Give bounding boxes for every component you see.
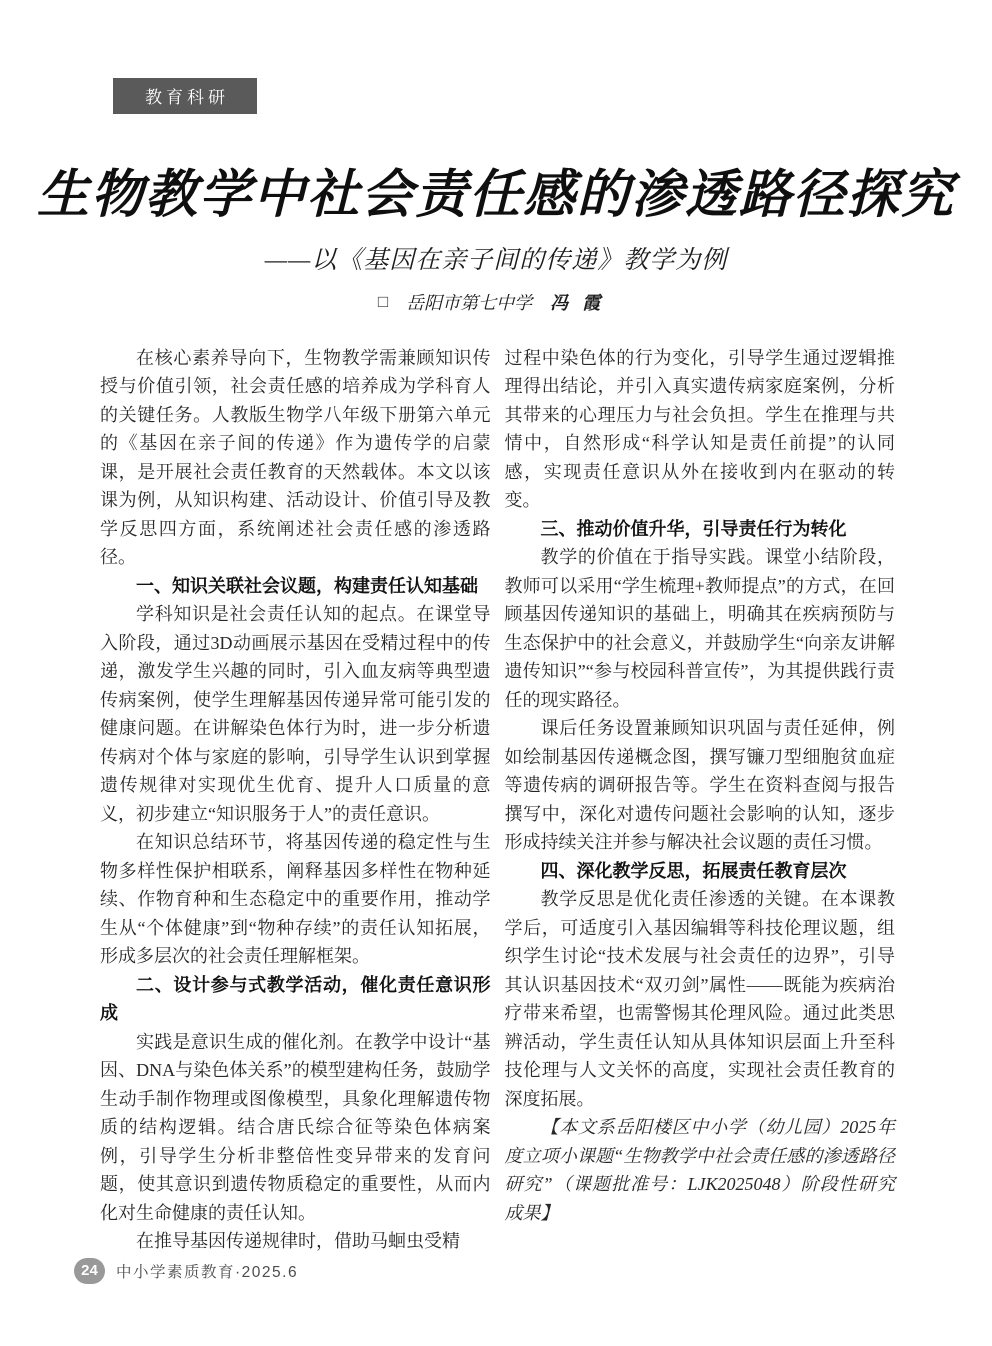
article-subtitle: ——以《基因在亲子间的传递》教学为例 <box>0 240 992 276</box>
journal-page: 教育科研 生物教学中社会责任感的渗透路径探究 ——以《基因在亲子间的传递》教学为… <box>0 0 992 1346</box>
author-affiliation: 岳阳市第七中学 <box>406 289 532 315</box>
byline: □ 岳阳市第七中学 冯霞 <box>0 289 992 315</box>
section-heading: 四、深化教学反思，拓展责任教育层次 <box>505 857 896 886</box>
body-paragraph: 实践是意识生成的催化剂。在教学中设计“基因、DNA与染色体关系”的模型建构任务，… <box>100 1028 491 1228</box>
byline-square-marker: □ <box>378 292 388 312</box>
body-paragraph: 教学反思是优化责任渗透的关键。在本课教学后，可适度引入基因编辑等科技伦理议题，组… <box>505 885 896 1113</box>
section-heading: 一、知识关联社会议题，构建责任认知基础 <box>100 572 491 601</box>
right-column: 过程中染色体的行为变化，引导学生通过逻辑推理得出结论，并引入真实遗传病家庭案例，… <box>505 344 896 1256</box>
body-paragraph: 课后任务设置兼顾知识巩固与责任延伸，例如绘制基因传递概念图，撰写镰刀型细胞贫血症… <box>505 714 896 857</box>
journal-name: 中小学素质教育·2025.6 <box>116 1260 298 1282</box>
article-body: 在核心素养导向下，生物教学需兼顾知识传授与价值引领，社会责任感的培养成为学科育人… <box>0 344 992 1256</box>
article-title: 生物教学中社会责任感的渗透路径探究 <box>0 0 992 230</box>
body-paragraph: 过程中染色体的行为变化，引导学生通过逻辑推理得出结论，并引入真实遗传病家庭案例，… <box>505 344 896 515</box>
body-paragraph: 在推导基因传递规律时，借助马蛔虫受精 <box>100 1227 491 1256</box>
body-paragraph: 在核心素养导向下，生物教学需兼顾知识传授与价值引领，社会责任感的培养成为学科育人… <box>100 344 491 572</box>
body-paragraph: 教学的价值在于指导实践。课堂小结阶段，教师可以采用“学生梳理+教师提点”的方式，… <box>505 543 896 714</box>
page-footer: 24 中小学素质教育·2025.6 <box>74 1258 298 1284</box>
body-paragraph: 学科知识是社会责任认知的起点。在课堂导入阶段，通过3D动画展示基因在受精过程中的… <box>100 600 491 828</box>
body-paragraph: 在知识总结环节，将基因传递的稳定性与生物多样性保护相联系，阐释基因多样性在物种延… <box>100 828 491 971</box>
author-name: 冯霞 <box>550 289 614 315</box>
section-heading: 二、设计参与式教学活动，催化责任意识形成 <box>100 971 491 1028</box>
section-heading: 三、推动价值升华，引导责任行为转化 <box>505 515 896 544</box>
category-badge: 教育科研 <box>113 78 257 114</box>
left-column: 在核心素养导向下，生物教学需兼顾知识传授与价值引领，社会责任感的培养成为学科育人… <box>100 344 491 1256</box>
page-number-badge: 24 <box>74 1258 105 1284</box>
funding-note: 【本文系岳阳楼区中小学（幼儿园）2025年度立项小课题“生物教学中社会责任感的渗… <box>505 1113 896 1227</box>
